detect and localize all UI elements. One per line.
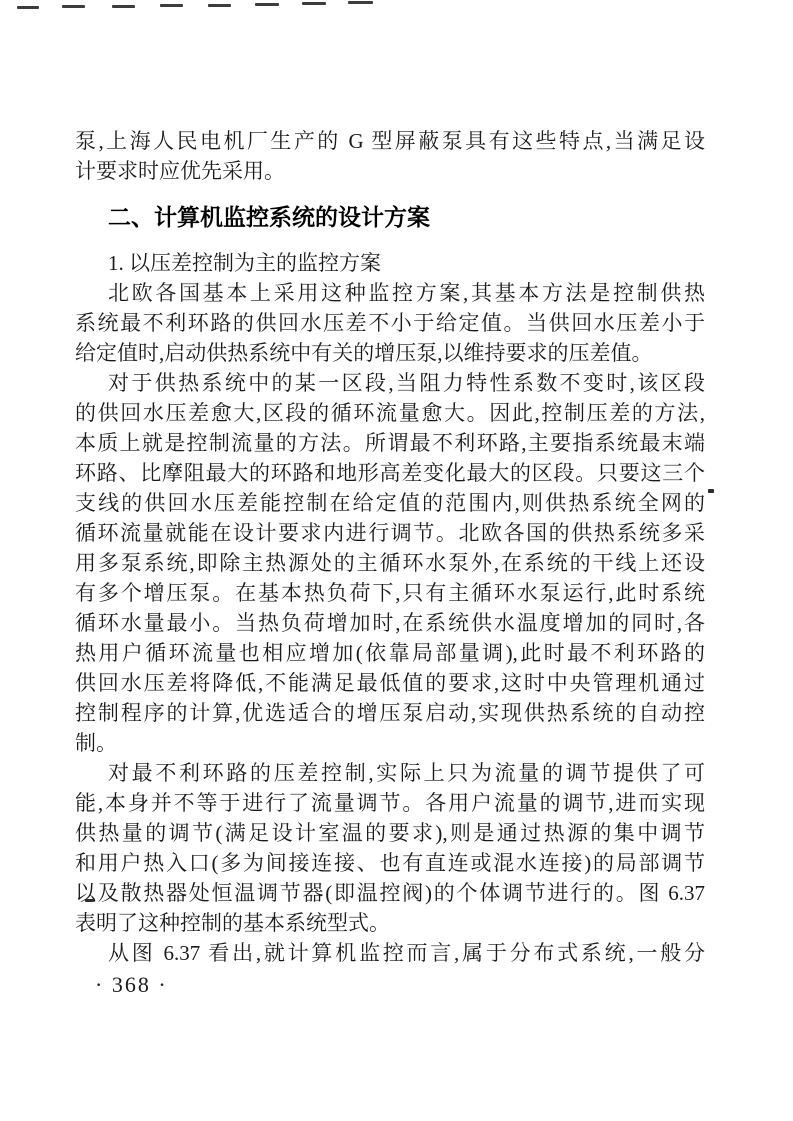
text-line: 的供回水压差愈大,区段的循环流量愈大。因此,控制压差的方法,: [75, 398, 705, 428]
text-line: 系统最不利环路的供回水压差不小于给定值。当供回水压差小于: [75, 308, 705, 338]
scanned-page: 泵,上海人民电机厂生产的 G 型屏蔽泵具有这些特点,当满足设计要求时应优先采用。…: [0, 0, 793, 1121]
text-line: 支线的供回水压差能控制在给定值的范围内,则供热系统全网的: [75, 488, 705, 518]
text-line: 表明了这种控制的基本系统型式。: [75, 908, 705, 938]
text-block: 泵,上海人民电机厂生产的 G 型屏蔽泵具有这些特点,当满足设计要求时应优先采用。…: [75, 126, 705, 968]
binding-mark: [112, 5, 135, 8]
section-heading: 二、计算机监控系统的设计方案: [75, 202, 705, 232]
text-line: 能,本身并不等于进行了流量调节。各用户流量的调节,进而实现: [75, 788, 705, 818]
text-line: 对最不利环路的压差控制,实际上只为流量的调节提供了可: [75, 758, 705, 788]
page-number: · 368 ·: [95, 972, 168, 998]
text-line: 以及散热器处恒温调节器(即温控阀)的个体调节进行的。图 6.37: [75, 878, 705, 908]
binding-mark: [160, 4, 183, 7]
text-line: 本质上就是控制流量的方法。所谓最不利环路,主要指系统最末端: [75, 428, 705, 458]
text-line: 和用户热入口(多为间接连接、也有直连或混水连接)的局部调节: [75, 848, 705, 878]
binding-mark: [348, 1, 373, 4]
scan-speck: [708, 489, 714, 493]
text-line: 从图 6.37 看出,就计算机监控而言,属于分布式系统,一般分: [75, 938, 705, 968]
text-line: 对于供热系统中的某一区段,当阻力特性系数不变时,该区段: [75, 368, 705, 398]
binding-mark: [302, 2, 326, 5]
binding-mark: [255, 3, 279, 6]
text-line: 有多个增压泵。在基本热负荷下,只有主循环水泵运行,此时系统: [75, 578, 705, 608]
text-line: 用多泵系统,即除主热源处的主循环水泵外,在系统的干线上还设: [75, 548, 705, 578]
scan-speck: [85, 899, 94, 902]
text-line: 供热量的调节(满足设计室温的要求),则是通过热源的集中调节: [75, 818, 705, 848]
text-line: 热用户循环流量也相应增加(依靠局部量调),此时最不利环路的: [75, 638, 705, 668]
sub-heading: 1. 以压差控制为主的监控方案: [75, 248, 705, 278]
text-line: 给定值时,启动供热系统中有关的增压泵,以维持要求的压差值。: [75, 338, 705, 368]
text-line: 环路、比摩阻最大的环路和地形高差变化最大的区段。只要这三个: [75, 458, 705, 488]
text-line: 计要求时应优先采用。: [75, 156, 705, 186]
binding-mark: [62, 5, 85, 8]
text-line: 供回水压差将降低,不能满足最低值的要求,这时中央管理机通过: [75, 668, 705, 698]
text-line: 北欧各国基本上采用这种监控方案,其基本方法是控制供热: [75, 278, 705, 308]
text-line: 泵,上海人民电机厂生产的 G 型屏蔽泵具有这些特点,当满足设: [75, 126, 705, 156]
binding-mark: [208, 4, 231, 7]
binding-mark: [17, 6, 39, 9]
text-line: 循环水量最小。当热负荷增加时,在系统供水温度增加的同时,各: [75, 608, 705, 638]
text-line: 制。: [75, 728, 705, 758]
text-line: 循环流量就能在设计要求内进行调节。北欧各国的供热系统多采: [75, 518, 705, 548]
text-line: 控制程序的计算,优选适合的增压泵启动,实现供热系统的自动控: [75, 698, 705, 728]
